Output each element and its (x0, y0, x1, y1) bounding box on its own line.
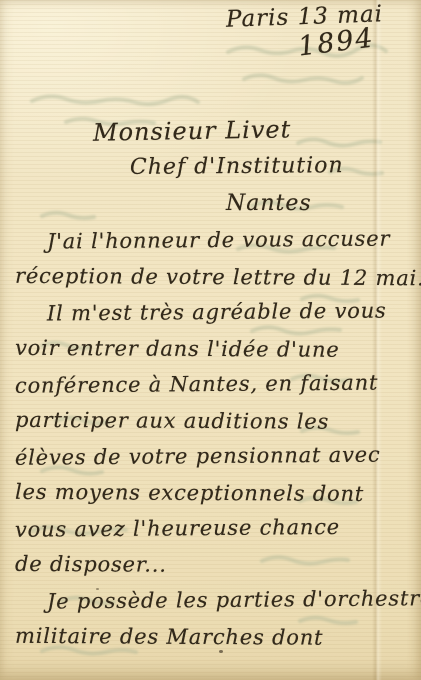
body-line: les moyens exceptionnels dont (15, 480, 417, 518)
body-line: J'ai l'honneur de vous accuser (15, 226, 417, 266)
letter-body: J'ai l'honneur de vous accuser réception… (15, 228, 417, 660)
body-line: Il m'est très agréable de vous (15, 298, 417, 338)
recipient-name: Monsieur Livet (93, 115, 292, 146)
body-line: de disposer... (15, 552, 417, 590)
recipient-title: Chef d'Institution (130, 153, 344, 180)
body-line: militaire des Marches dont (15, 624, 417, 662)
body-line: réception de votre lettre du 12 mai. (15, 264, 417, 302)
body-line: participer aux auditions les (15, 408, 417, 446)
body-line: Je possède les parties d'orchestre (15, 586, 417, 626)
body-line: conférence à Nantes, en faisant (15, 370, 417, 410)
body-line: vous avez l'heureuse chance (15, 514, 417, 554)
body-line: voir entrer dans l'idée d'une (15, 336, 417, 374)
body-line: élèves de votre pensionnat avec (15, 442, 417, 482)
letter-scan-page: Paris 13 mai 1894 Monsieur Livet Chef d'… (0, 0, 421, 680)
recipient-city: Nantes (226, 191, 312, 216)
